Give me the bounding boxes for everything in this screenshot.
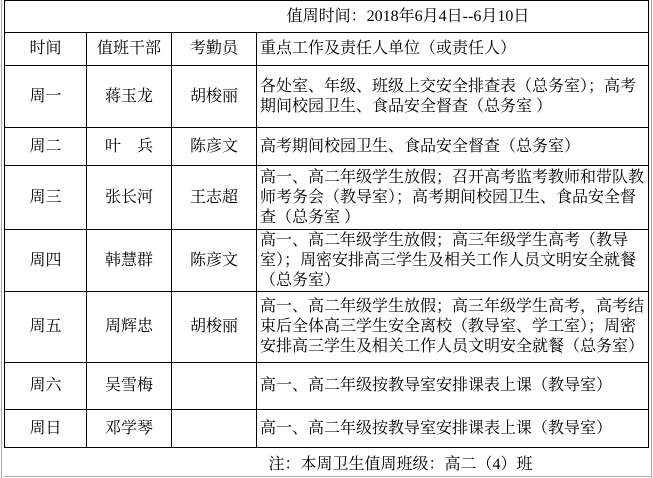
attendance-cell bbox=[172, 363, 257, 410]
cadre-cell: 张长河 bbox=[87, 166, 172, 230]
work-cell: 各处室、年级、班级上交安全排查表（总务室）；高考 期间校园卫生、食品安全督查（总… bbox=[257, 66, 648, 128]
attendance-cell: 陈彦文 bbox=[172, 230, 257, 292]
work-cell: 高一、高二年级按教导室安排课表上课（教导室） bbox=[257, 410, 648, 447]
cadre-cell: 叶 兵 bbox=[87, 128, 172, 166]
col-header-key-work: 重点工作及责任人单位（或责任人） bbox=[257, 33, 648, 66]
duty-schedule-table: 值周时间：2018年6月4日--6月10日 时间 值班干部 考勤员 重点工作及责… bbox=[4, 0, 649, 448]
attendance-cell: 胡梭丽 bbox=[172, 292, 257, 363]
attendance-cell: 陈彦文 bbox=[172, 128, 257, 166]
page-edge-left bbox=[1, 0, 2, 478]
col-header-time: 时间 bbox=[5, 33, 87, 66]
attendance-cell: 胡梭丽 bbox=[172, 66, 257, 128]
cadre-cell: 邓学琴 bbox=[87, 410, 172, 447]
work-cell: 高一、高二年级学生放假；高三年级学生高考，高考结 束后全体高三学生安全离校（教导… bbox=[257, 292, 648, 363]
attendance-cell: 王志超 bbox=[172, 166, 257, 230]
col-header-duty-cadre: 值班干部 bbox=[87, 33, 172, 66]
cadre-cell: 韩慧群 bbox=[87, 230, 172, 292]
document-page: 值周时间：2018年6月4日--6月10日 时间 值班干部 考勤员 重点工作及责… bbox=[0, 0, 653, 478]
day-cell: 周日 bbox=[5, 410, 87, 447]
page-edge-bottom bbox=[4, 476, 652, 477]
col-header-attendance-officer: 考勤员 bbox=[172, 33, 257, 66]
work-cell: 高一、高二年级学生放假；高三年级学生高考（教导 室）；周密安排高三学生及相关工作… bbox=[257, 230, 648, 292]
cadre-cell: 蒋玉龙 bbox=[87, 66, 172, 128]
page-edge-right bbox=[651, 0, 652, 478]
cadre-cell: 周辉忠 bbox=[87, 292, 172, 363]
day-cell: 周四 bbox=[5, 230, 87, 292]
day-cell: 周一 bbox=[5, 66, 87, 128]
day-cell: 周六 bbox=[5, 363, 87, 410]
work-cell: 高一、高二年级学生放假；召开高考监考教师和带队教 师考务会（教导室）；高考期间校… bbox=[257, 166, 648, 230]
cadre-cell: 吴雪梅 bbox=[87, 363, 172, 410]
attendance-cell bbox=[172, 410, 257, 447]
day-cell: 周三 bbox=[5, 166, 87, 230]
duty-week-title: 值周时间：2018年6月4日--6月10日 bbox=[5, 1, 648, 33]
day-cell: 周二 bbox=[5, 128, 87, 166]
work-cell: 高考期间校园卫生、食品安全督查（总务室） bbox=[257, 128, 648, 166]
day-cell: 周五 bbox=[5, 292, 87, 363]
footer-note: 注：本周卫生值周班级：高二（4）班 bbox=[0, 448, 653, 476]
work-cell: 高一、高二年级按教导室安排课表上课（教导室） bbox=[257, 363, 648, 410]
